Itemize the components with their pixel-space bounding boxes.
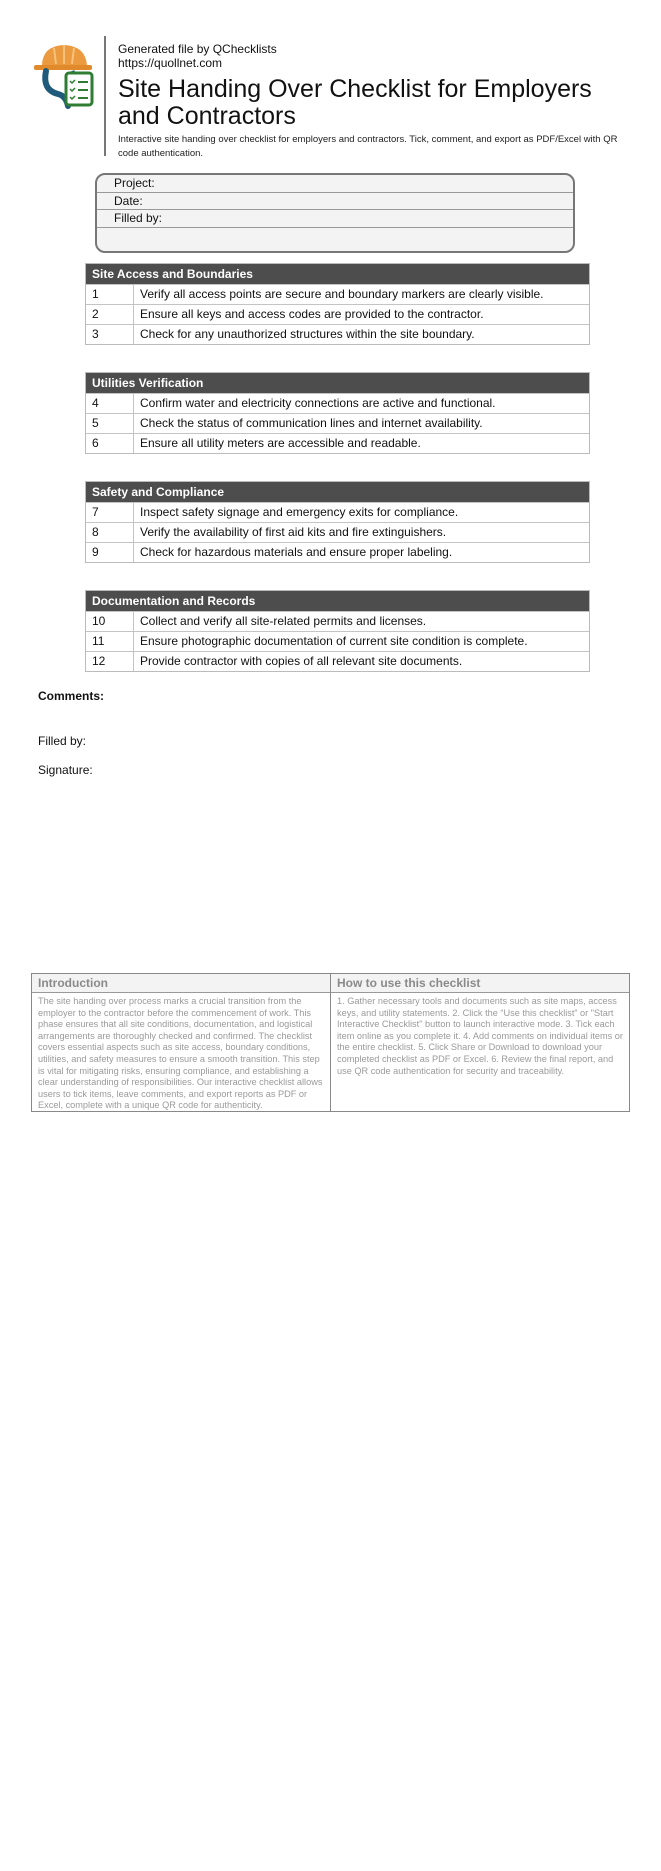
- checklist-item[interactable]: 2Ensure all keys and access codes are pr…: [86, 304, 589, 324]
- item-text: Ensure photographic documentation of cur…: [134, 632, 589, 651]
- site-url-link[interactable]: https://quollnet.com: [118, 56, 638, 70]
- how-to-title: How to use this checklist: [331, 974, 629, 993]
- item-number: 10: [86, 612, 134, 631]
- item-number: 8: [86, 523, 134, 542]
- header-divider: [104, 36, 106, 156]
- item-text: Verify all access points are secure and …: [134, 285, 589, 304]
- item-number: 6: [86, 434, 134, 453]
- item-number: 5: [86, 414, 134, 433]
- checklist-item[interactable]: 1Verify all access points are secure and…: [86, 284, 589, 304]
- checklist-section: Utilities Verification4Confirm water and…: [85, 372, 590, 454]
- generated-by-text: Generated file by QChecklists: [118, 42, 638, 56]
- page-title: Site Handing Over Checklist for Employer…: [118, 76, 638, 130]
- section-header: Safety and Compliance: [86, 482, 589, 502]
- hardhat-checklist-logo-icon: [32, 40, 104, 112]
- introduction-panel: Introduction The site handing over proce…: [32, 974, 330, 1111]
- introduction-title: Introduction: [32, 974, 330, 993]
- item-number: 3: [86, 325, 134, 344]
- project-field[interactable]: Project:: [97, 175, 573, 193]
- comments-label: Comments:: [38, 689, 104, 703]
- checklist-section: Documentation and Records10Collect and v…: [85, 590, 590, 672]
- project-info-box: Project: Date: Filled by:: [95, 173, 575, 253]
- checklist-item[interactable]: 9Check for hazardous materials and ensur…: [86, 542, 589, 562]
- item-number: 11: [86, 632, 134, 651]
- checklist-item[interactable]: 11Ensure photographic documentation of c…: [86, 631, 589, 651]
- item-number: 12: [86, 652, 134, 671]
- checklist-item[interactable]: 10Collect and verify all site-related pe…: [86, 611, 589, 631]
- item-text: Inspect safety signage and emergency exi…: [134, 503, 589, 522]
- item-number: 2: [86, 305, 134, 324]
- signature-label: Signature:: [38, 763, 93, 777]
- checklist-section: Site Access and Boundaries1Verify all ac…: [85, 263, 590, 345]
- document-header: Generated file by QChecklists https://qu…: [32, 36, 632, 156]
- date-field[interactable]: Date:: [97, 193, 573, 211]
- page-subtitle: Interactive site handing over checklist …: [118, 133, 638, 161]
- guide-box: Introduction The site handing over proce…: [31, 973, 630, 1112]
- checklist-item[interactable]: 12Provide contractor with copies of all …: [86, 651, 589, 671]
- item-text: Provide contractor with copies of all re…: [134, 652, 589, 671]
- item-text: Confirm water and electricity connection…: [134, 394, 589, 413]
- filled-by-field[interactable]: Filled by:: [97, 210, 573, 228]
- section-header: Documentation and Records: [86, 591, 589, 611]
- checklist-section: Safety and Compliance7Inspect safety sig…: [85, 481, 590, 563]
- item-text: Check for any unauthorized structures wi…: [134, 325, 589, 344]
- blank-info-row: [97, 228, 573, 246]
- item-text: Check for hazardous materials and ensure…: [134, 543, 589, 562]
- checklist-item[interactable]: 3Check for any unauthorized structures w…: [86, 324, 589, 344]
- section-header: Site Access and Boundaries: [86, 264, 589, 284]
- item-text: Verify the availability of first aid kit…: [134, 523, 589, 542]
- item-text: Check the status of communication lines …: [134, 414, 589, 433]
- checklist-item[interactable]: 4Confirm water and electricity connectio…: [86, 393, 589, 413]
- item-text: Collect and verify all site-related perm…: [134, 612, 589, 631]
- item-number: 1: [86, 285, 134, 304]
- item-number: 4: [86, 394, 134, 413]
- how-to-text: 1. Gather necessary tools and documents …: [331, 993, 629, 1080]
- checklist-item[interactable]: 7Inspect safety signage and emergency ex…: [86, 502, 589, 522]
- how-to-panel: How to use this checklist 1. Gather nece…: [330, 974, 629, 1111]
- checklist-item[interactable]: 6Ensure all utility meters are accessibl…: [86, 433, 589, 453]
- checklist-item[interactable]: 5Check the status of communication lines…: [86, 413, 589, 433]
- introduction-text: The site handing over process marks a cr…: [32, 993, 330, 1115]
- filled-by-label: Filled by:: [38, 734, 86, 748]
- item-text: Ensure all keys and access codes are pro…: [134, 305, 589, 324]
- item-number: 7: [86, 503, 134, 522]
- item-number: 9: [86, 543, 134, 562]
- item-text: Ensure all utility meters are accessible…: [134, 434, 589, 453]
- section-header: Utilities Verification: [86, 373, 589, 393]
- checklist-item[interactable]: 8Verify the availability of first aid ki…: [86, 522, 589, 542]
